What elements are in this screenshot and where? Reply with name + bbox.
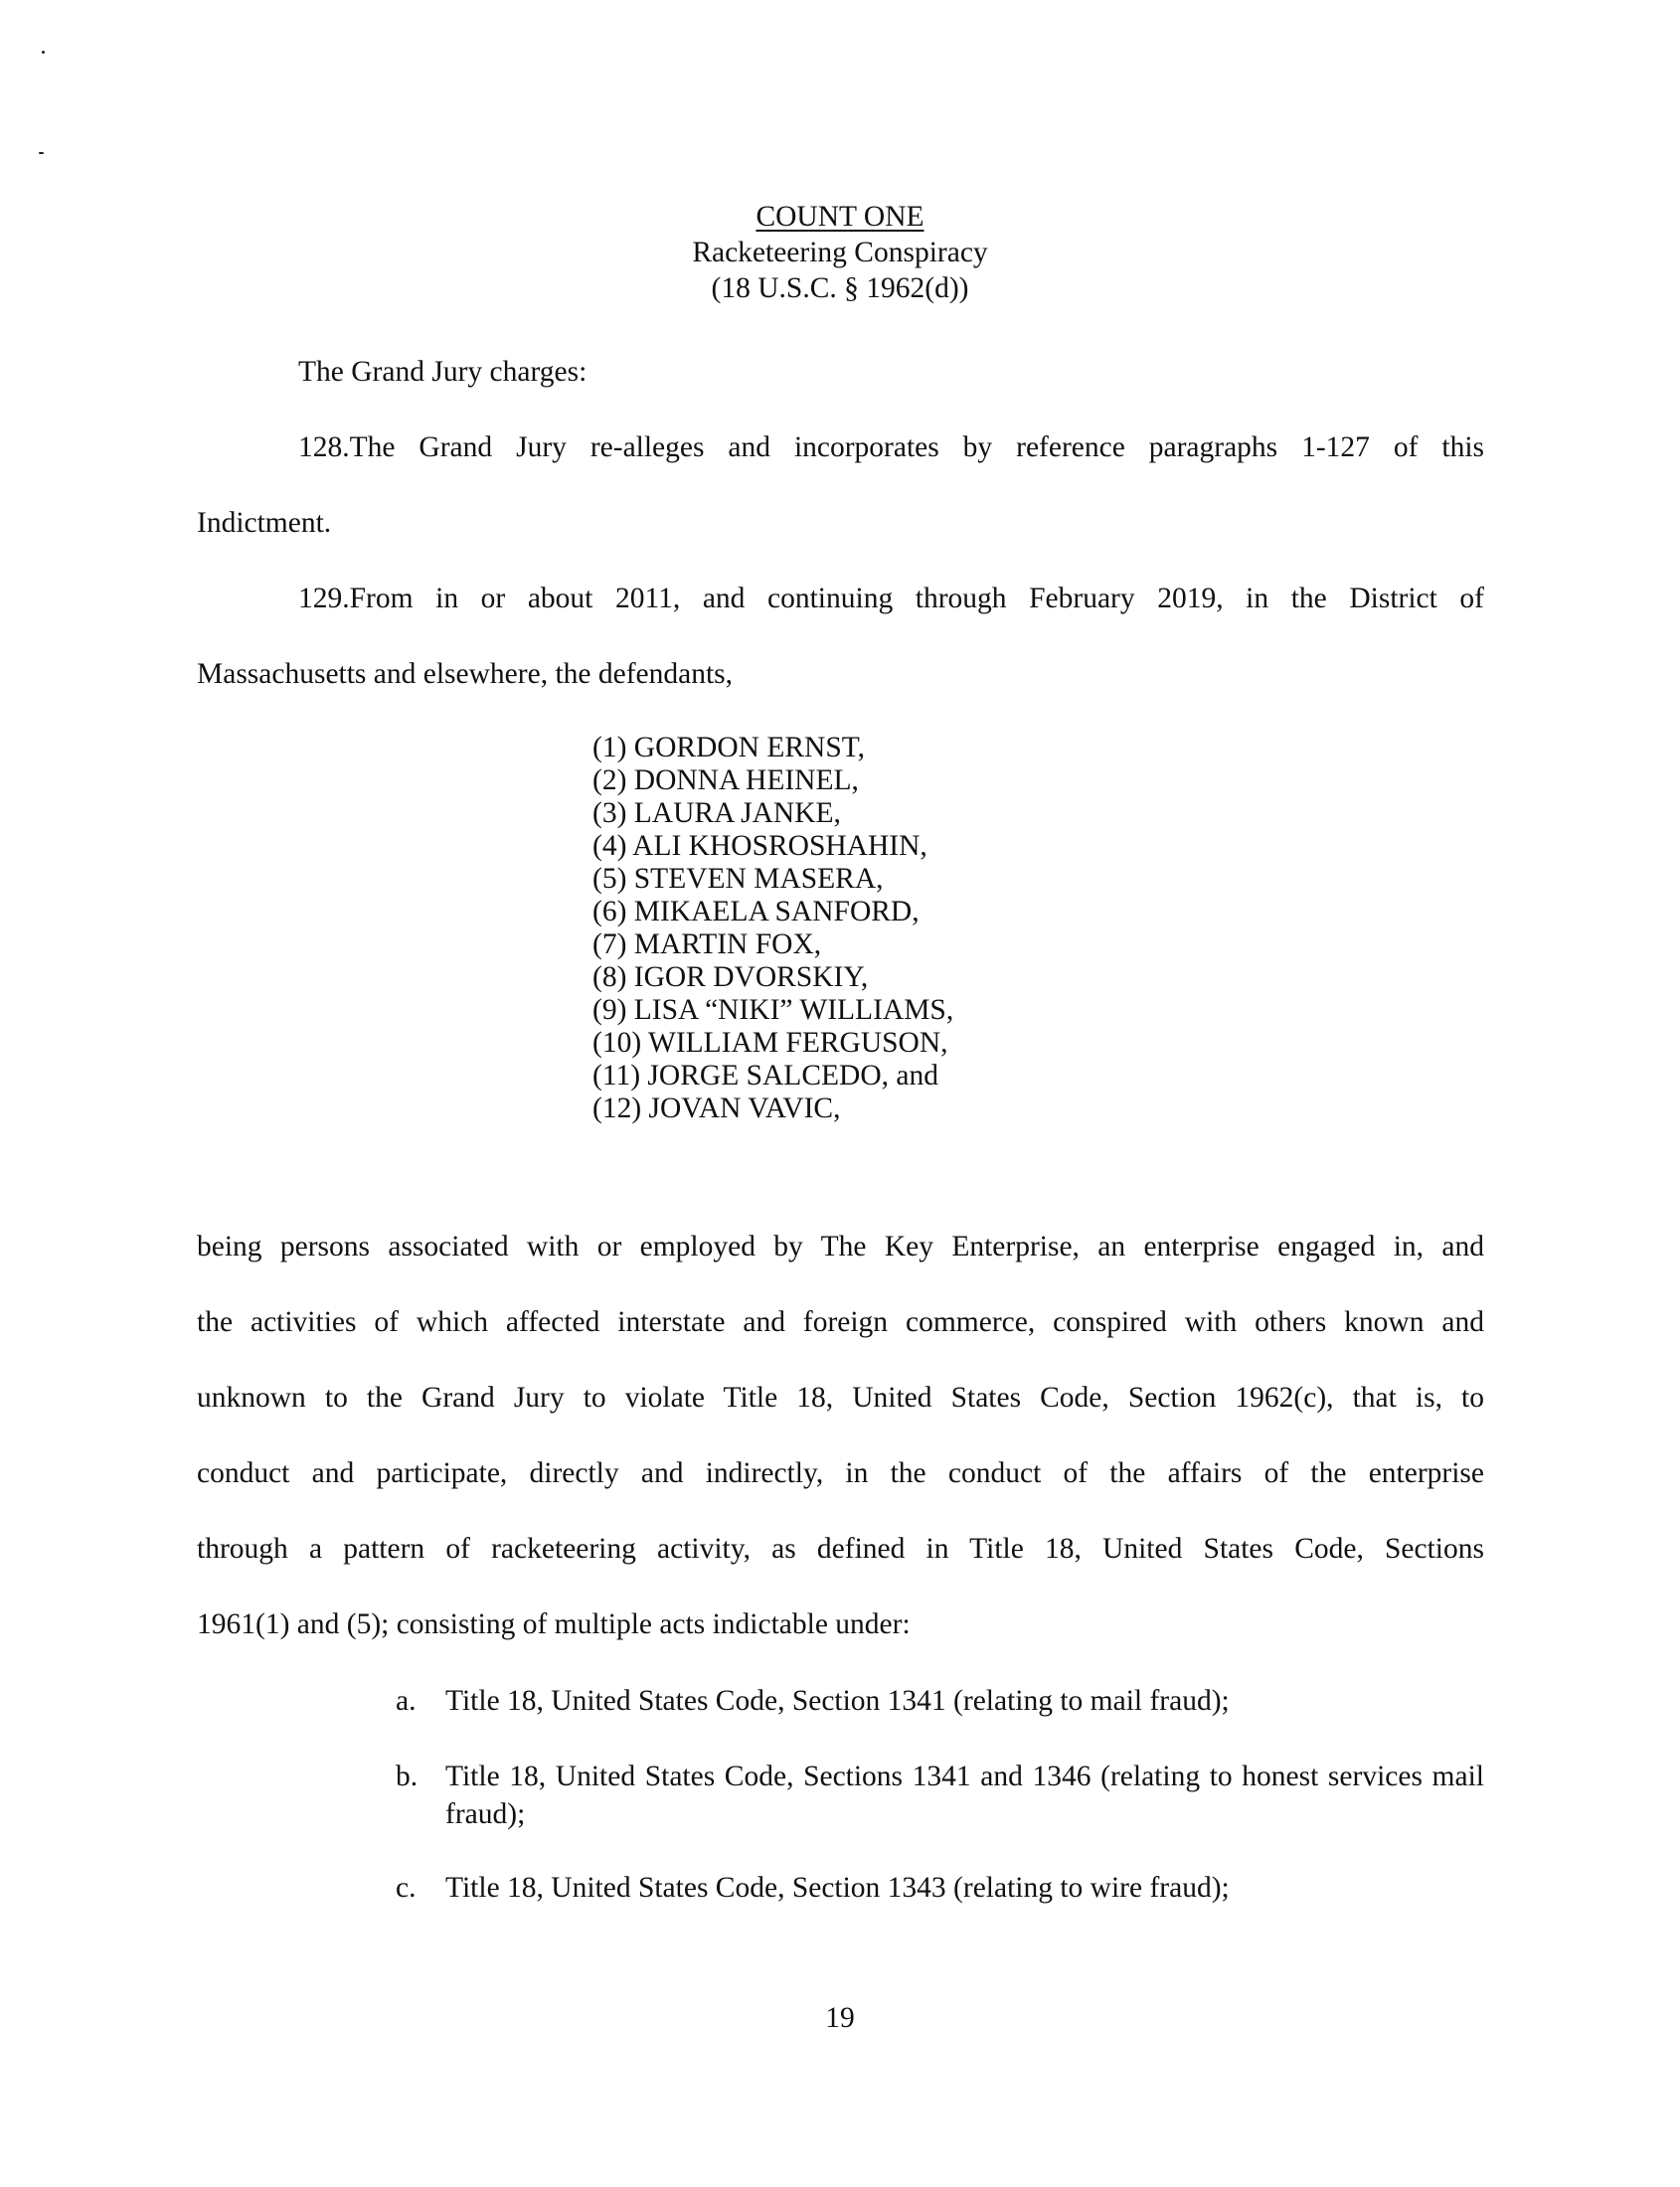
count-heading: COUNT ONE Racketeering Conspiracy (18 U.… — [0, 199, 1680, 306]
defendant-item: (11) JORGE SALCEDO, and — [592, 1060, 953, 1093]
defendant-item: (5) STEVEN MASERA, — [592, 863, 953, 896]
count-subtitle: Racketeering Conspiracy — [0, 235, 1680, 270]
paragraph-number: 128. — [298, 431, 350, 463]
body-line: being persons associated with or employe… — [197, 1229, 1484, 1264]
defendant-item: (1) GORDON ERNST, — [592, 732, 953, 764]
intro-line: The Grand Jury charges: — [298, 354, 587, 390]
body-line: conduct and participate, directly and in… — [197, 1455, 1484, 1491]
act-text: Title 18, United States Code, Section 13… — [445, 1869, 1484, 1907]
act-item: c. Title 18, United States Code, Section… — [396, 1869, 1484, 1907]
scan-speck — [42, 51, 45, 54]
paragraph-128-continuation: Indictment. — [197, 505, 331, 541]
act-item: b. Title 18, United States Code, Section… — [396, 1758, 1484, 1833]
paragraph-text: The Grand Jury re-alleges and incorporat… — [350, 431, 1484, 463]
act-marker: b. — [396, 1758, 418, 1795]
defendant-item: (10) WILLIAM FERGUSON, — [592, 1027, 953, 1060]
defendant-item: (12) JOVAN VAVIC, — [592, 1093, 953, 1125]
paragraph-number: 129. — [298, 583, 350, 614]
act-marker: c. — [396, 1869, 416, 1907]
body-line: unknown to the Grand Jury to violate Tit… — [197, 1380, 1484, 1416]
act-text: Title 18, United States Code, Section 13… — [445, 1682, 1484, 1720]
count-statute: (18 U.S.C. § 1962(d)) — [0, 270, 1680, 306]
defendant-item: (4) ALI KHOSROSHAHIN, — [592, 830, 953, 863]
paragraph-129-first-line: 129.From in or about 2011, and continuin… — [298, 581, 1484, 616]
act-marker: a. — [396, 1682, 416, 1720]
paragraph-text: From in or about 2011, and continuing th… — [350, 583, 1484, 614]
count-title: COUNT ONE — [0, 199, 1680, 235]
defendant-item: (7) MARTIN FOX, — [592, 928, 953, 961]
body-line: through a pattern of racketeering activi… — [197, 1531, 1484, 1567]
defendant-item: (9) LISA “NIKI” WILLIAMS, — [592, 994, 953, 1027]
page-number: 19 — [0, 2000, 1680, 2036]
scan-speck — [39, 152, 44, 154]
defendant-item: (8) IGOR DVORSKIY, — [592, 961, 953, 994]
defendants-list: (1) GORDON ERNST, (2) DONNA HEINEL, (3) … — [592, 732, 953, 1125]
defendant-item: (6) MIKAELA SANFORD, — [592, 896, 953, 928]
defendant-item: (2) DONNA HEINEL, — [592, 764, 953, 797]
act-item: a. Title 18, United States Code, Section… — [396, 1682, 1484, 1720]
body-line: 1961(1) and (5); consisting of multiple … — [197, 1606, 911, 1642]
paragraph-128-first-line: 128.The Grand Jury re-alleges and incorp… — [298, 429, 1484, 465]
paragraph-129-continuation: Massachusetts and elsewhere, the defenda… — [197, 656, 733, 692]
defendant-item: (3) LAURA JANKE, — [592, 797, 953, 830]
act-text: Title 18, United States Code, Sections 1… — [445, 1758, 1484, 1833]
body-line: the activities of which affected interst… — [197, 1304, 1484, 1340]
